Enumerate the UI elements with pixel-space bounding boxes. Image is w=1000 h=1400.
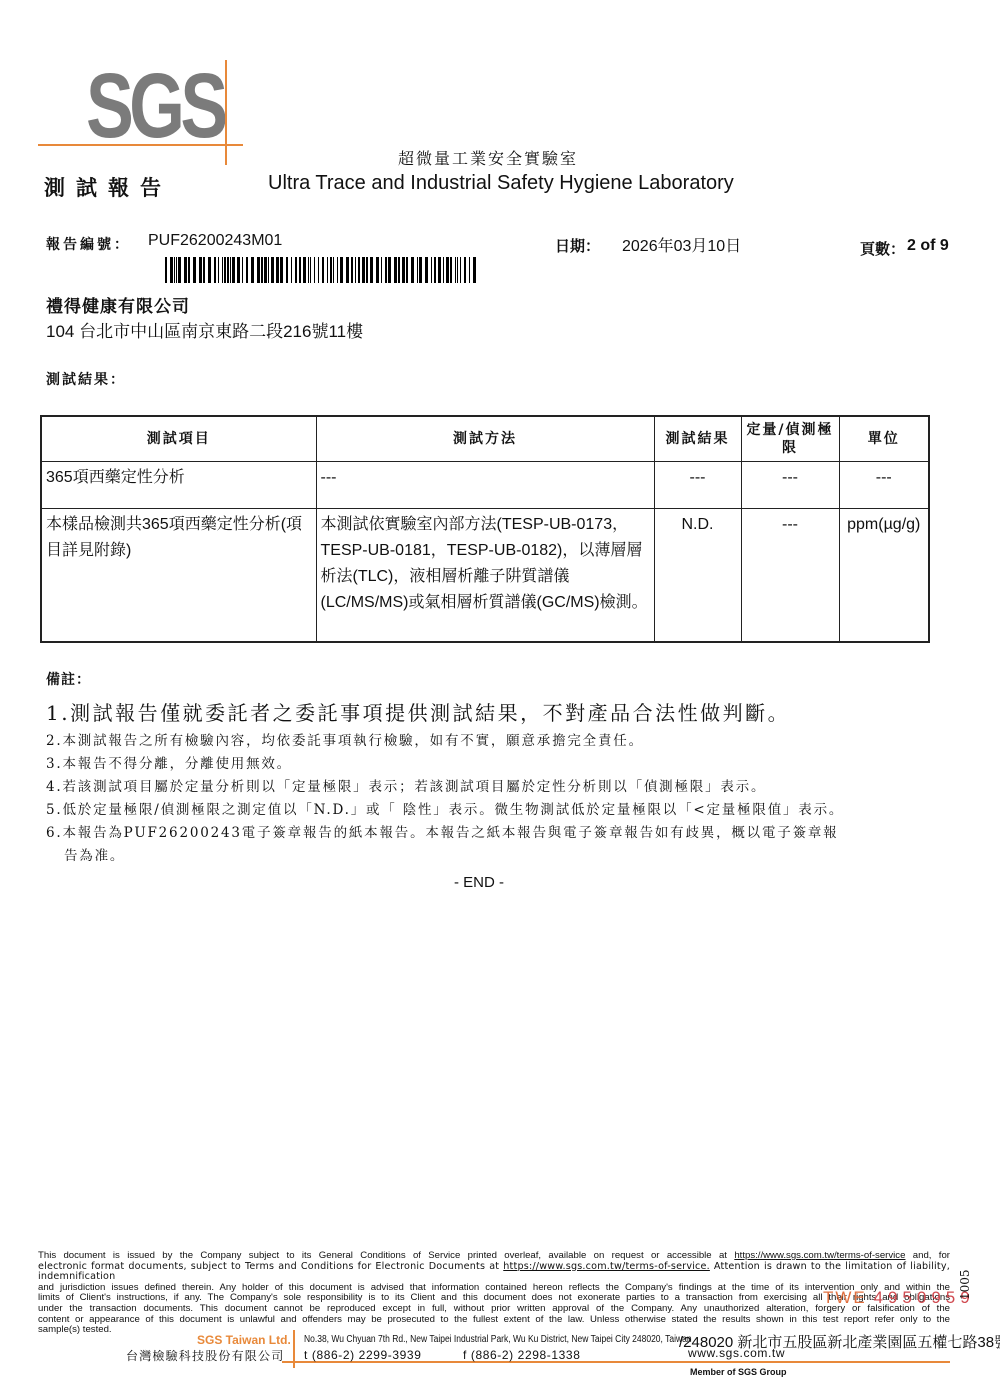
barcode-bar <box>178 257 181 283</box>
barcode-bar <box>460 257 461 283</box>
barcode-bar <box>381 257 382 283</box>
note-item: 1.測試報告僅就委託者之委託事項提供測試結果，不對產品合法性做判斷。 <box>46 696 946 730</box>
cell-item: 365項西藥定性分析 <box>41 462 316 509</box>
cell-unit: ppm(µg/g) <box>839 509 929 643</box>
cell-method: --- <box>316 462 654 509</box>
side-code: 1005 <box>958 1269 972 1300</box>
barcode-bar <box>271 257 274 283</box>
barcode-bar <box>299 257 301 283</box>
barcode-bar <box>237 257 240 283</box>
barcode-bar <box>398 257 400 283</box>
report-number: PUF26200243M01 <box>148 232 282 250</box>
company-name-zh: 台灣檢驗科技股份有限公司 <box>126 1347 284 1364</box>
barcode-bar <box>261 257 263 283</box>
barcode-bar <box>286 257 288 283</box>
barcode-bar <box>457 257 458 283</box>
barcode-bar <box>419 257 422 283</box>
legal-disclaimer: This document is issued by the Company s… <box>38 1251 950 1336</box>
fax: f (886-2) 2298-1338 <box>463 1348 580 1362</box>
telephone: t (886-2) 2299-3939 <box>304 1348 421 1362</box>
barcode-bar <box>351 257 353 283</box>
barcode-bar <box>242 257 243 283</box>
page-label: 頁數： <box>860 238 905 259</box>
barcode-bar <box>337 257 338 283</box>
barcode-bar <box>362 257 365 283</box>
notes-label: 備註： <box>46 669 91 689</box>
header-unit: 單位 <box>839 416 929 462</box>
barcode-bar <box>314 257 315 283</box>
barcode-bar <box>224 257 226 283</box>
barcode-bar <box>370 257 373 283</box>
barcode-bar <box>174 257 175 283</box>
barcode-bar <box>358 257 360 283</box>
barcode-bar <box>450 257 452 283</box>
barcode-bar <box>469 257 470 283</box>
disclaimer-line: content or appearance of this document i… <box>38 1315 950 1326</box>
sgs-logo: SGS <box>80 62 260 172</box>
report-date: 2026年03月10日 <box>622 233 741 256</box>
barcode-bar <box>193 257 196 283</box>
barcode-bar <box>295 257 297 283</box>
barcode-bar <box>431 257 432 283</box>
cell-result: N.D. <box>654 509 741 643</box>
header-limit: 定量/偵測極限 <box>741 416 839 462</box>
barcode-bar <box>280 257 283 283</box>
barcode-bar <box>251 257 254 283</box>
table-row: 本樣品檢測共365項西藥定性分析(項目詳見附錄) 本測試依實驗室內部方法(TES… <box>41 509 929 643</box>
barcode-bar <box>346 257 349 283</box>
cell-item: 本樣品檢測共365項西藥定性分析(項目詳見附錄) <box>41 509 316 643</box>
end-mark: - END - <box>454 874 504 891</box>
barcode-bar <box>291 257 292 283</box>
barcode-bar <box>376 257 379 283</box>
table-row: 365項西藥定性分析 --- --- --- --- <box>41 462 929 509</box>
barcode-bar <box>355 257 356 283</box>
barcode-bar <box>232 257 235 283</box>
barcode-bar <box>455 257 456 283</box>
cell-result: --- <box>654 462 741 509</box>
barcode-bar <box>303 257 306 283</box>
barcode-bar <box>246 257 248 283</box>
barcode-bar <box>443 257 444 283</box>
barcode-bar <box>464 257 466 283</box>
report-title: 測試報告 <box>44 172 172 202</box>
barcode-bar <box>333 257 334 283</box>
note-item: 6.本報告為PUF26200243電子簽章報告的紙本報告。本報告之紙本報告與電子… <box>46 822 946 868</box>
barcode-bar <box>385 257 387 283</box>
address-en: No.38, Wu Chyuan 7th Rd., New Taipei Ind… <box>304 1334 692 1345</box>
barcode-bar <box>411 257 414 283</box>
barcode-bar <box>170 257 173 283</box>
note-item: 4.若該測試項目屬於定量分析則以「定量極限」表示；若該測試項目屬於定性分析則以「… <box>46 776 946 799</box>
notes-list: 1.測試報告僅就委託者之委託事項提供測試結果，不對產品合法性做判斷。 2.本測試… <box>46 696 946 868</box>
terms-link[interactable]: https://www.sgs.com.tw/terms-of-service <box>734 1250 905 1261</box>
serial-prefix: TWE <box>823 1288 867 1307</box>
barcode-bar <box>446 257 449 283</box>
cell-unit: --- <box>839 462 929 509</box>
note-item: 3.本報告不得分離，分離使用無效。 <box>46 753 946 776</box>
barcode-bar <box>222 257 223 283</box>
barcode-bar <box>308 257 309 283</box>
barcode-bar <box>394 257 397 283</box>
table-header-row: 測試項目 測試方法 測試結果 定量/偵測極限 單位 <box>41 416 929 462</box>
disclaimer-line: electronic format documents, subject to … <box>38 1262 950 1283</box>
sgs-logo-text: SGS <box>86 56 224 156</box>
client-address: 104 台北市中山區南京東路二段216號11樓 <box>46 317 363 342</box>
barcode-bar <box>230 257 231 283</box>
barcode-bar <box>208 257 211 283</box>
page-number: 2 of 9 <box>907 237 949 255</box>
barcode-bar <box>406 257 408 283</box>
barcode-bar <box>318 257 319 283</box>
barcode-bar <box>425 257 428 283</box>
barcode-bar <box>310 257 311 283</box>
barcode-bar <box>438 257 441 283</box>
barcode-bar <box>199 257 202 283</box>
header-test-result: 測試結果 <box>654 416 741 462</box>
note-item: 5.低於定量極限/偵測極限之測定值以「N.D.」或「 陰性」表示。微生物測試低於… <box>46 799 946 822</box>
barcode-bar <box>417 257 418 283</box>
barcode-bar <box>322 257 324 283</box>
date-label: 日期： <box>555 235 600 256</box>
note-item: 2.本測試報告之所有檢驗內容，均依委託事項執行檢驗，如有不實，願意承擔完全責任。 <box>46 730 946 753</box>
cell-limit: --- <box>741 462 839 509</box>
header-test-item: 測試項目 <box>41 416 316 462</box>
barcode-bar <box>276 257 279 283</box>
barcode-bar <box>264 257 267 283</box>
note-item-text: 6.本報告為PUF26200243電子簽章報告的紙本報告。本報告之紙本報告與電子… <box>46 825 838 841</box>
results-table: 測試項目 測試方法 測試結果 定量/偵測極限 單位 365項西藥定性分析 ---… <box>40 415 930 643</box>
electronic-terms-link[interactable]: https://www.sgs.com.tw/terms-of-service. <box>503 1261 710 1272</box>
company-name-en: SGS Taiwan Ltd. <box>197 1333 291 1347</box>
website-link[interactable]: www.sgs.com.tw <box>688 1346 785 1360</box>
barcode-bar <box>366 257 368 283</box>
disclaimer-line: under the transaction documents. This do… <box>38 1304 950 1315</box>
barcode-bar <box>434 257 436 283</box>
barcode-bar <box>257 257 260 283</box>
logo-orange-vertical-line <box>225 60 227 165</box>
barcode-bar <box>402 257 405 283</box>
results-label: 測試結果： <box>46 369 126 389</box>
cell-method: 本測試依實驗室內部方法(TESP-UB-0173，TESP-UB-0181，TE… <box>316 509 654 643</box>
barcode-bar <box>268 257 269 283</box>
report-number-label: 報告編號： <box>46 234 131 254</box>
barcode-bar <box>388 257 391 283</box>
barcode-bar <box>327 257 328 283</box>
barcode-bar <box>227 257 229 283</box>
barcode-bar <box>214 257 216 283</box>
barcode-bar <box>203 257 205 283</box>
barcode-bar <box>176 257 177 283</box>
barcode-bar <box>340 257 343 283</box>
barcode-bar <box>473 257 476 283</box>
barcode-bar <box>184 257 187 283</box>
logo-orange-horizontal-line <box>38 144 243 146</box>
barcode-bar <box>330 257 332 283</box>
serial-number: TWE 4950959 <box>823 1288 975 1308</box>
barcode-bar <box>188 257 190 283</box>
client-company: 禮得健康有限公司 <box>46 292 190 317</box>
report-barcode <box>165 257 481 283</box>
lab-name-en: Ultra Trace and Industrial Safety Hygien… <box>268 172 734 195</box>
cell-limit: --- <box>741 509 839 643</box>
note-item-continuation: 告為准。 <box>46 845 946 868</box>
barcode-bar <box>218 257 219 283</box>
barcode-bar <box>165 257 167 283</box>
member-of-sgs-group: Member of SGS Group <box>690 1367 787 1377</box>
header-test-method: 測試方法 <box>316 416 654 462</box>
lab-name-zh: 超微量工業安全實驗室 <box>398 146 578 169</box>
